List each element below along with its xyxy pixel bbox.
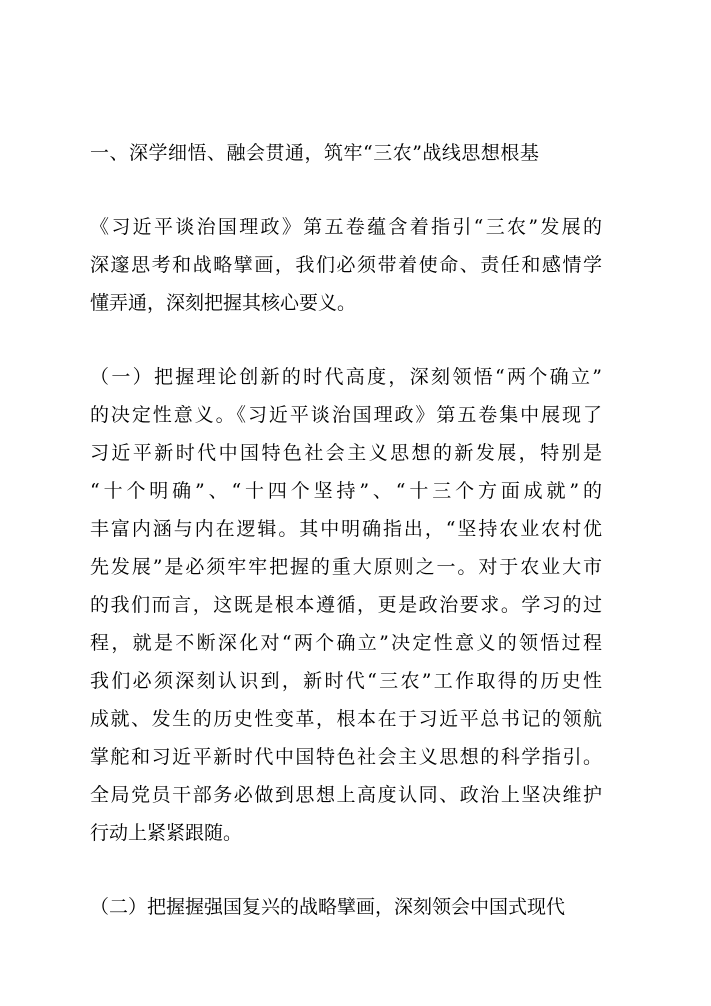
- paragraph-point-one: （一）把握理论创新的时代高度，深刻领悟“两个确立” 的决定性意义。《习近平谈治国…: [90, 358, 602, 852]
- text-line: 先发展”是必须牢牢把握的重大原则之一。对于农业大市: [90, 548, 602, 586]
- text-line: 习近平新时代中国特色社会主义思想的新发展，特别是: [90, 434, 602, 472]
- text-line: 行动上紧紧跟随。: [90, 814, 602, 852]
- text-line: 我们必须深刻认识到，新时代“三农”工作取得的历史性: [90, 662, 602, 700]
- text-line: 成就、发生的历史性变革，根本在于习近平总书记的领航: [90, 700, 602, 738]
- text-line: 深邃思考和战略擘画，我们必须带着使命、责任和感情学: [90, 246, 602, 284]
- text-line: 丰富内涵与内在逻辑。其中明确指出，“坚持农业农村优: [90, 510, 602, 548]
- text-line: “十个明确”、“十四个坚持”、“十三个方面成就”的: [90, 472, 602, 510]
- document-page: 一、深学细悟、融会贯通，筑牢“三农”战线思想根基 《习近平谈治国理政》第五卷蕴含…: [0, 0, 711, 1006]
- text-line: 全局党员干部务必做到思想上高度认同、政治上坚决维护: [90, 776, 602, 814]
- paragraph-point-two: （二）把握握强国复兴的战略擘画，深刻领会中国式现代: [90, 888, 602, 926]
- text-line: 《习近平谈治国理政》第五卷蕴含着指引“三农”发展的: [90, 208, 602, 246]
- text-line: （二）把握握强国复兴的战略擘画，深刻领会中国式现代: [90, 888, 602, 926]
- section-heading: 一、深学细悟、融会贯通，筑牢“三农”战线思想根基: [90, 134, 602, 172]
- paragraph-intro: 《习近平谈治国理政》第五卷蕴含着指引“三农”发展的 深邃思考和战略擘画，我们必须…: [90, 208, 602, 322]
- text-line: 掌舵和习近平新时代中国特色社会主义思想的科学指引。: [90, 738, 602, 776]
- text-line: 程，就是不断深化对“两个确立”决定性意义的领悟过程: [90, 624, 602, 662]
- document-background: { "page": { "background_color": "#ffffff…: [0, 0, 711, 1006]
- text-line: 的决定性意义。《习近平谈治国理政》第五卷集中展现了: [90, 396, 602, 434]
- text-line: 的我们而言，这既是根本遵循，更是政治要求。学习的过: [90, 586, 602, 624]
- text-line: 懂弄通，深刻把握其核心要义。: [90, 284, 602, 322]
- text-line: （一）把握理论创新的时代高度，深刻领悟“两个确立”: [90, 358, 602, 396]
